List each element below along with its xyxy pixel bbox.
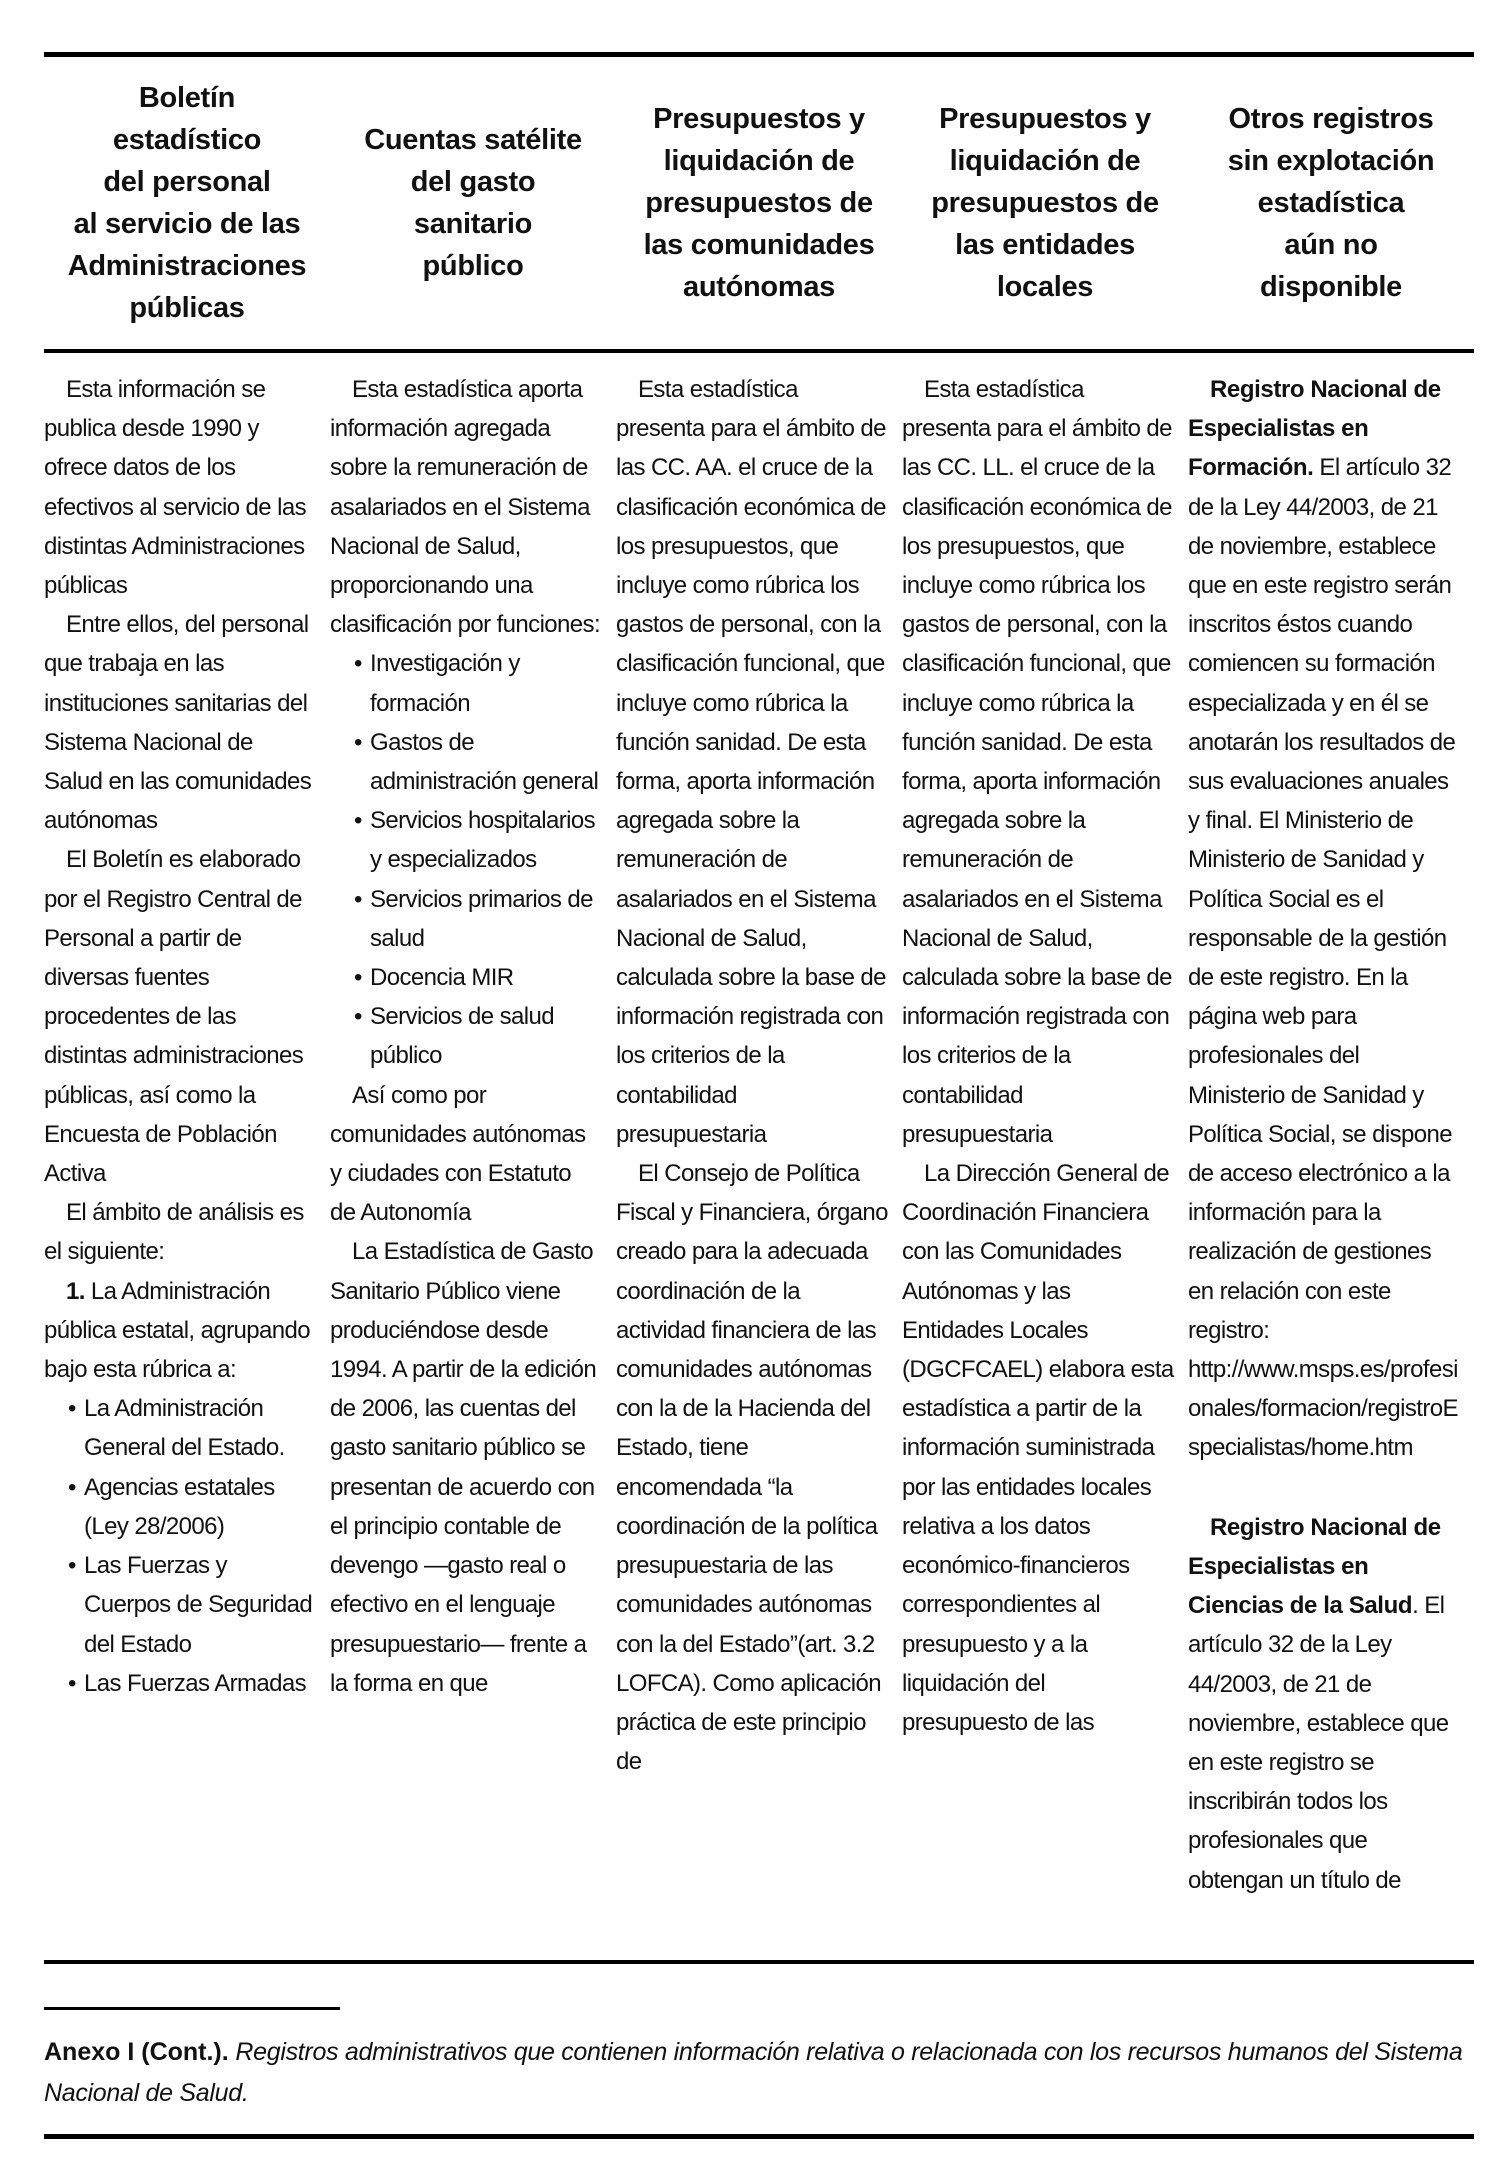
bullet-item: Las Fuerzas Armadas (70, 1664, 316, 1703)
caption-bottom-rule (44, 2134, 1474, 2139)
header-presupuestos-entidades-locales: Presupuestos y liquidación de presupuest… (902, 57, 1188, 349)
cell-presupuestos-entidades-locales: Esta estadística presenta para el ámbito… (902, 370, 1188, 1955)
paragraph: El Boletín es elaborado por el Registro … (44, 840, 316, 1193)
header-presupuestos-ccaa: Presupuestos y liquidación de presupuest… (616, 57, 902, 349)
paragraph: Así como por comunidades autónomas y ciu… (330, 1076, 602, 1233)
paragraph: La Dirección General de Coordinación Fin… (902, 1154, 1174, 1742)
header-boletin-estadistico: Boletín estadístico del personal al serv… (44, 57, 330, 349)
registry-url-link[interactable]: http://www.msps.es/profesionales/formaci… (1188, 1350, 1460, 1468)
bullet-item: Gastos de administración general (356, 723, 602, 801)
registry-entry-ciencias-salud: Registro Nacional de Especialistas en Ci… (1188, 1508, 1460, 1900)
paragraph: Entre ellos, del personal que trabaja en… (44, 605, 316, 840)
registry-description: . El artículo 32 de la Ley 44/2003, de 2… (1188, 1592, 1448, 1893)
caption-label: Anexo I (Cont.). (44, 2038, 229, 2066)
paragraph: Esta estadística presenta para el ámbito… (902, 370, 1174, 1154)
bullet-item: La Administración General del Estado. (70, 1389, 316, 1467)
cell-boletin-estadistico: Esta información se publica desde 1990 y… (44, 370, 330, 1955)
bullet-item: Servicios de salud público (356, 997, 602, 1075)
paragraph: Esta estadística presenta para el ámbito… (616, 370, 888, 1154)
registry-description: El artículo 32 de la Ley 44/2003, de 21 … (1188, 454, 1455, 1343)
header-otros-registros: Otros registros sin explotación estadíst… (1188, 57, 1474, 349)
bullet-item: Las Fuerzas y Cuerpos de Seguridad del E… (70, 1546, 316, 1664)
bullet-item: Investigación y formación (356, 644, 602, 722)
paragraph: El Consejo de Política Fiscal y Financie… (616, 1154, 888, 1781)
caption-short-rule (44, 2007, 340, 2010)
spacer (1188, 1468, 1460, 1508)
bullet-item: Servicios hospitalarios y especializados (356, 801, 602, 879)
header-cuentas-satelite: Cuentas satélite del gasto sanitario púb… (330, 57, 616, 349)
cell-cuentas-satelite: Esta estadística aporta información agre… (330, 370, 616, 1955)
paragraph: Esta información se publica desde 1990 y… (44, 370, 316, 605)
table-caption: Anexo I (Cont.). Registros administrativ… (44, 2032, 1474, 2114)
table-header-rule (44, 349, 1474, 353)
table-header-row: Boletín estadístico del personal al serv… (44, 57, 1474, 349)
table-bottom-rule (44, 1960, 1474, 1964)
caption-text: Registros administrativos que contienen … (44, 2038, 1462, 2107)
item-number: 1. (66, 1278, 85, 1305)
paragraph: La Estadística de Gasto Sanitario Públic… (330, 1232, 602, 1702)
bullet-item: Agencias estatales (Ley 28/2006) (70, 1468, 316, 1546)
cell-otros-registros: Registro Nacional de Especialistas en Fo… (1188, 370, 1474, 1955)
numbered-paragraph: 1. La Administración pública estatal, ag… (44, 1272, 316, 1390)
cell-presupuestos-ccaa: Esta estadística presenta para el ámbito… (616, 370, 902, 1955)
bullet-list: La Administración General del Estado. Ag… (44, 1389, 316, 1703)
bullet-item: Docencia MIR (356, 958, 602, 997)
bullet-list: Investigación y formación Gastos de admi… (330, 644, 602, 1075)
paragraph: El ámbito de análisis es el siguiente: (44, 1193, 316, 1271)
paragraph: Esta estadística aporta información agre… (330, 370, 602, 644)
bullet-item: Servicios primarios de salud (356, 880, 602, 958)
registry-entry-formacion: Registro Nacional de Especialistas en Fo… (1188, 370, 1460, 1350)
numbered-paragraph-text: La Administración pública estatal, agrup… (44, 1278, 310, 1383)
table-body-row: Esta información se publica desde 1990 y… (44, 370, 1474, 1955)
registry-title: Registro Nacional de Especialistas en Ci… (1188, 1514, 1441, 1619)
